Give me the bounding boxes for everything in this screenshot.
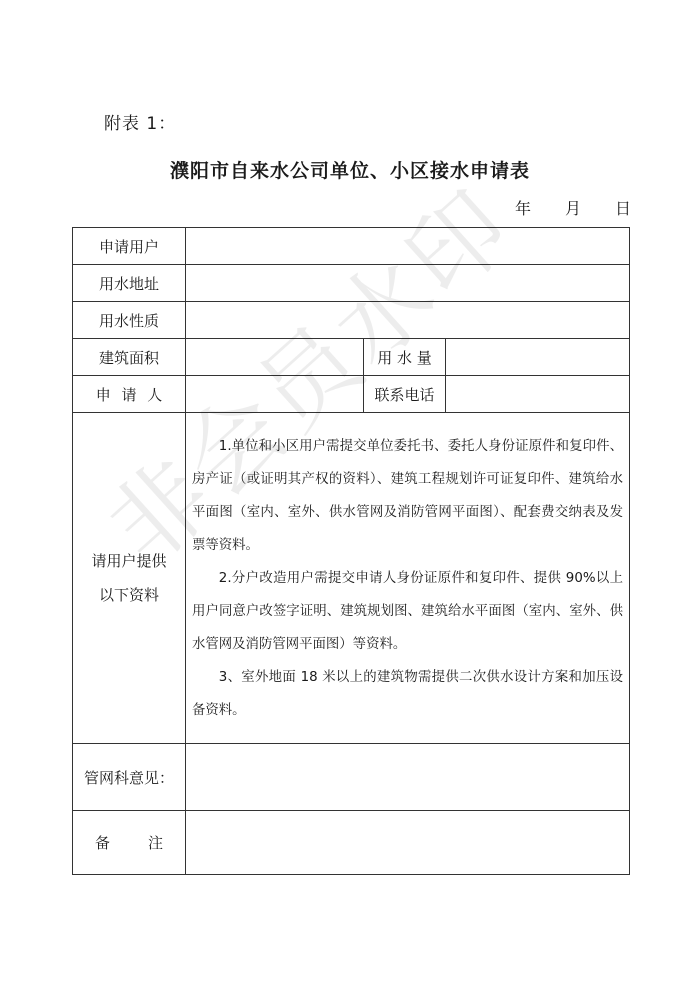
applicant-user-label: 申请用户 bbox=[73, 228, 186, 265]
table-row: 申请用户 bbox=[73, 228, 630, 265]
building-area-label: 建筑面积 bbox=[73, 339, 186, 376]
water-nature-label: 用水性质 bbox=[73, 302, 186, 339]
network-opinion-label: 管网科意见： bbox=[73, 744, 186, 811]
remarks-label: 备注 bbox=[73, 811, 186, 875]
remarks-field[interactable] bbox=[186, 811, 630, 875]
water-address-field[interactable] bbox=[186, 265, 630, 302]
requirement-item-3: 3、室外地面 18 米以上的建筑物需提供二次供水设计方案和加压设备资料。 bbox=[192, 661, 623, 727]
water-volume-label: 用 水 量 bbox=[364, 339, 446, 376]
requirements-label-line2: 以下资料 bbox=[73, 578, 185, 612]
table-row: 建筑面积 用 水 量 bbox=[73, 339, 630, 376]
water-nature-field[interactable] bbox=[186, 302, 630, 339]
date-month: 月 bbox=[565, 196, 615, 219]
table-row: 请用户提供 以下资料 1.单位和小区用户需提交单位委托书、委托人身份证原件和复印… bbox=[73, 413, 630, 744]
phone-label: 联系电话 bbox=[364, 376, 446, 413]
requirement-item-1: 1.单位和小区用户需提交单位委托书、委托人身份证原件和复印件、房产证（或证明其产… bbox=[192, 430, 623, 562]
applicant-label: 申 请 人 bbox=[73, 376, 186, 413]
requirement-item-2: 2.分户改造用户需提交申请人身份证原件和复印件、提供 90%以上用户同意户改签字… bbox=[192, 562, 623, 661]
building-area-field[interactable] bbox=[186, 339, 364, 376]
table-row: 备注 bbox=[73, 811, 630, 875]
table-row: 用水地址 bbox=[73, 265, 630, 302]
remarks-label-char2: 注 bbox=[148, 832, 163, 853]
application-form-table: 申请用户 用水地址 用水性质 建筑面积 用 水 量 申 请 人 联系电话 请用户… bbox=[72, 227, 630, 875]
attachment-label: 附表 1： bbox=[104, 109, 176, 134]
requirements-label: 请用户提供 以下资料 bbox=[73, 413, 186, 744]
requirements-content: 1.单位和小区用户需提交单位委托书、委托人身份证原件和复印件、房产证（或证明其产… bbox=[186, 413, 630, 744]
water-address-label: 用水地址 bbox=[73, 265, 186, 302]
document-title: 濮阳市自来水公司单位、小区接水申请表 bbox=[0, 156, 700, 183]
table-row: 用水性质 bbox=[73, 302, 630, 339]
network-opinion-field[interactable] bbox=[186, 744, 630, 811]
date-day: 日 bbox=[615, 196, 631, 219]
date-year: 年 bbox=[515, 196, 565, 219]
table-row: 申 请 人 联系电话 bbox=[73, 376, 630, 413]
applicant-user-field[interactable] bbox=[186, 228, 630, 265]
water-volume-field[interactable] bbox=[446, 339, 630, 376]
requirements-label-line1: 请用户提供 bbox=[73, 544, 185, 578]
applicant-field[interactable] bbox=[186, 376, 364, 413]
table-row: 管网科意见： bbox=[73, 744, 630, 811]
date-line: 年 月 日 bbox=[515, 196, 631, 219]
remarks-label-char1: 备 bbox=[95, 832, 110, 853]
phone-field[interactable] bbox=[446, 376, 630, 413]
